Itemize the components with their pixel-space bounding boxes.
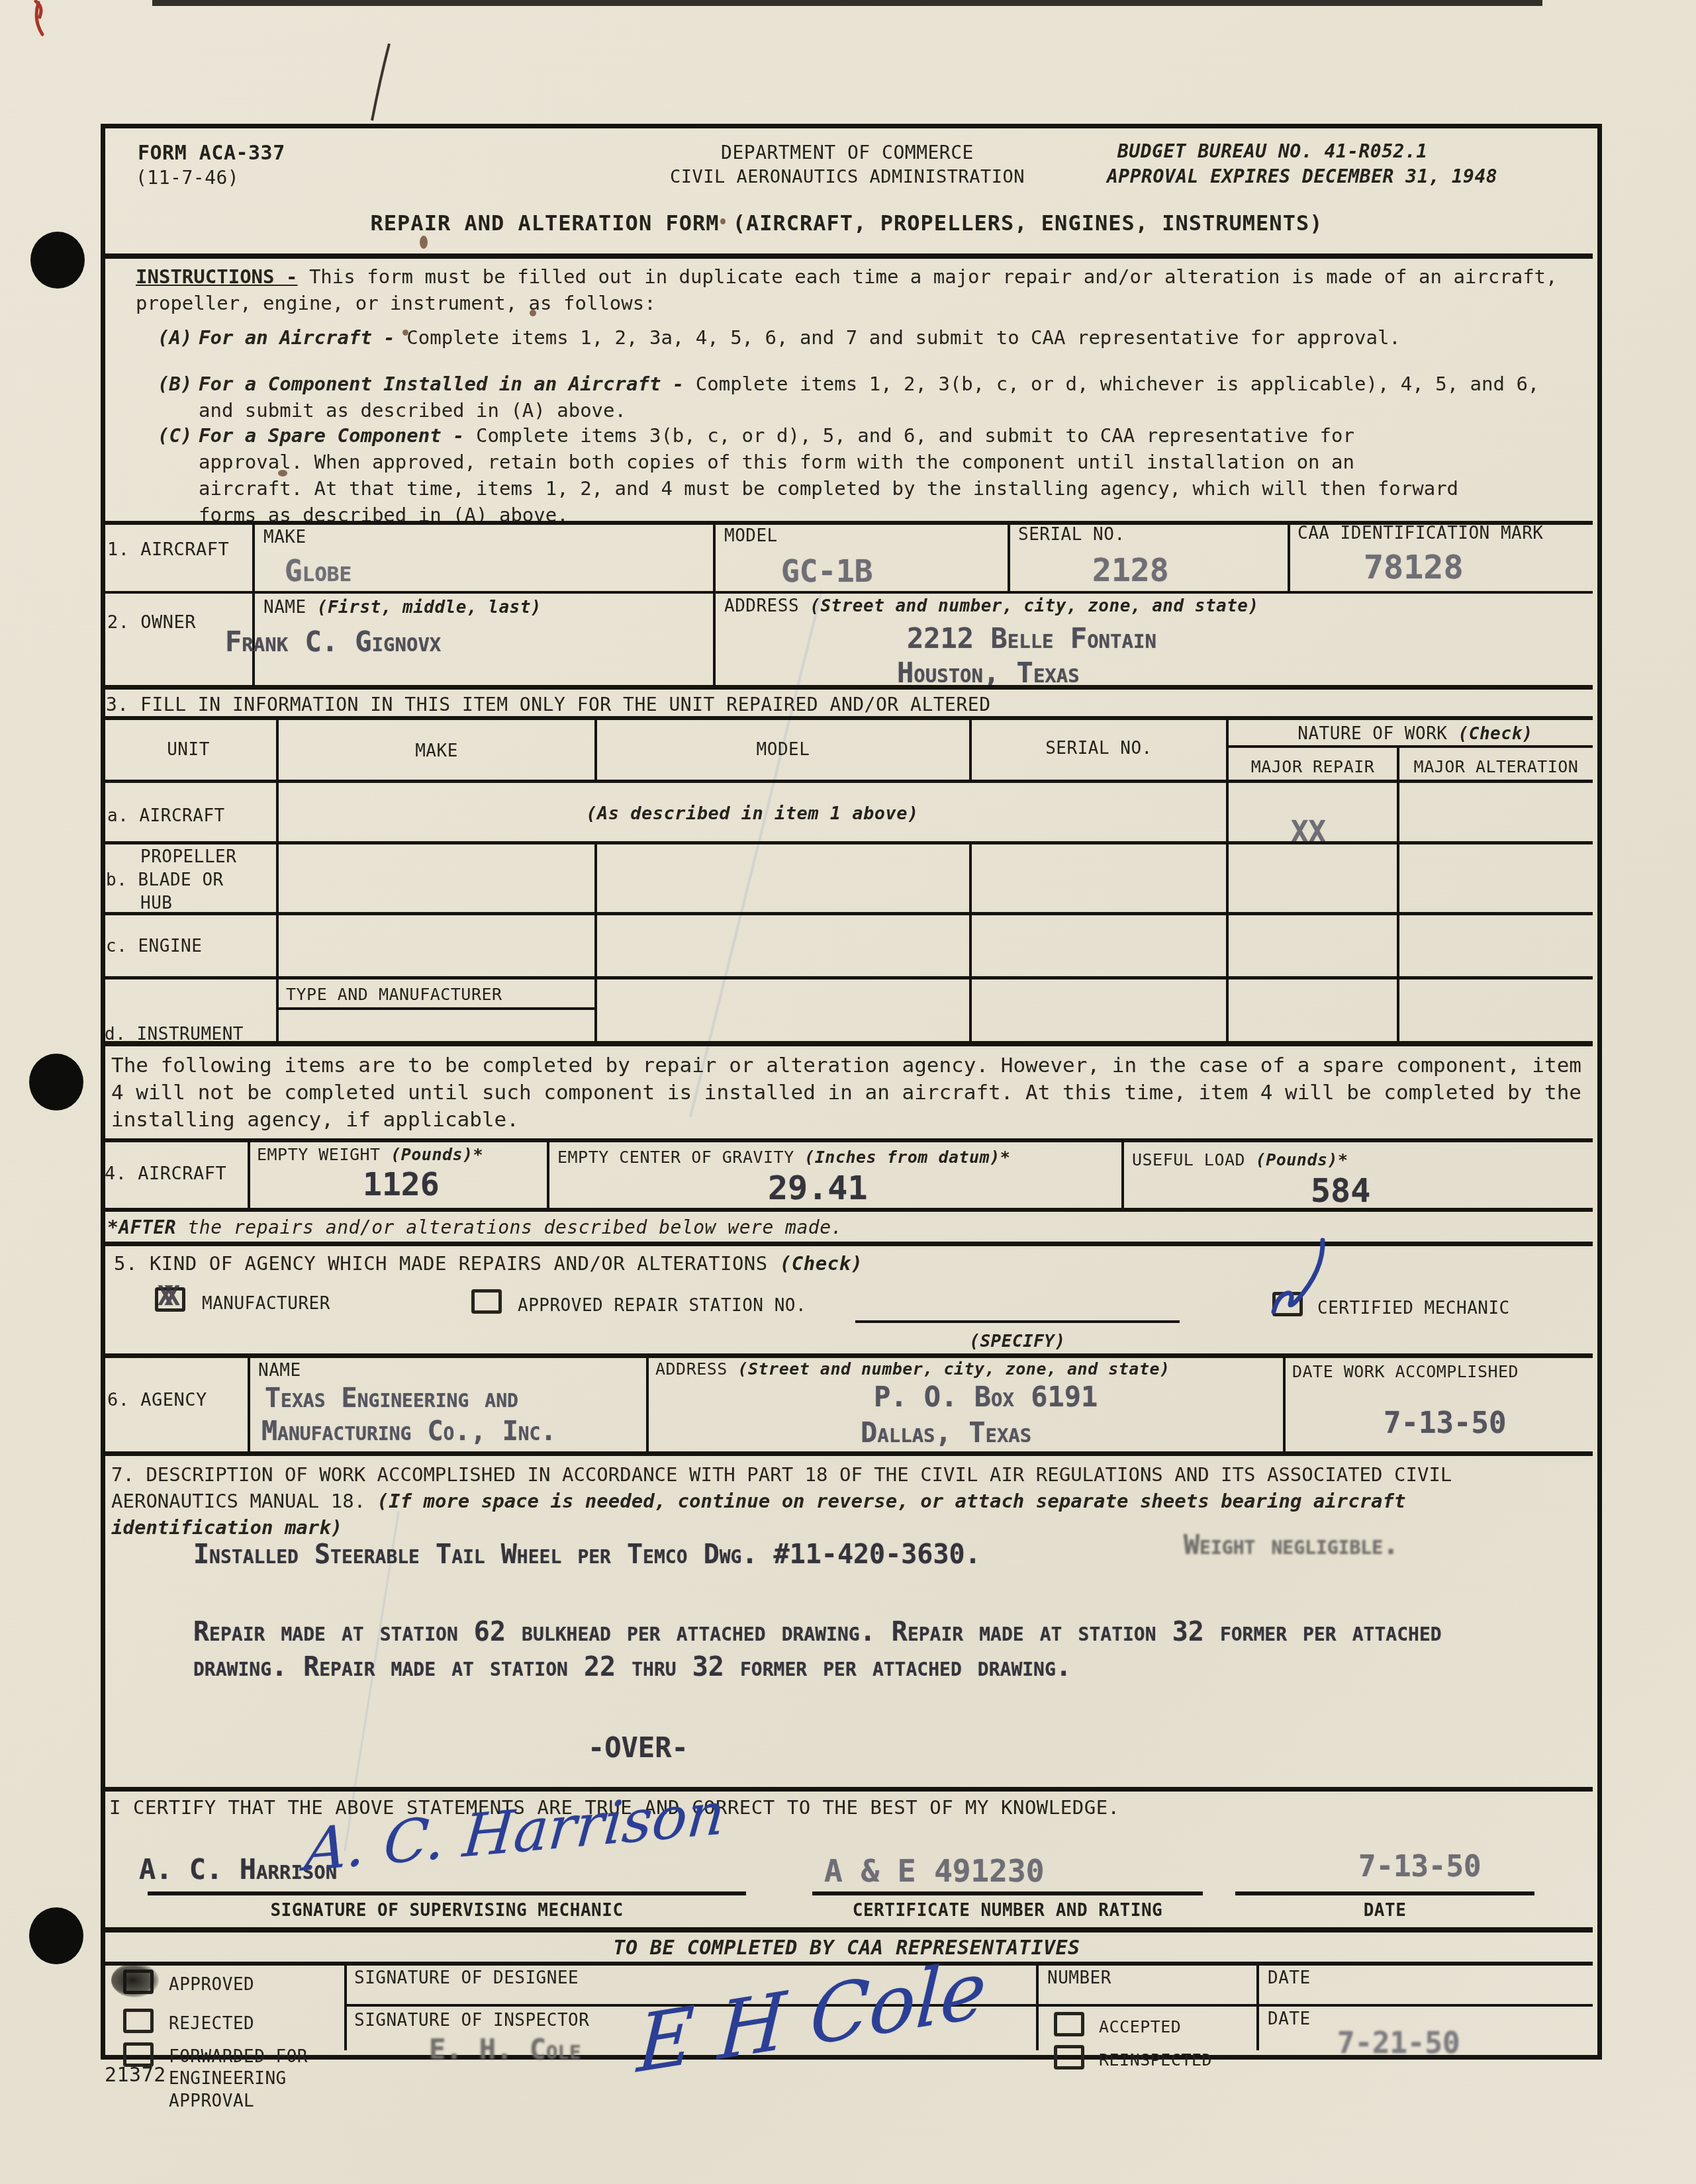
item4-row-label: 4. AIRCRAFT (105, 1163, 226, 1184)
serial-column-label: SERIAL NO. (1018, 525, 1125, 545)
item5-heading-text: 5. KIND OF AGENCY WHICH MADE REPAIRS AND… (114, 1252, 768, 1275)
rule-horizontal (101, 1242, 1593, 1246)
form-revision-date: (11-7-46) (136, 167, 239, 189)
rule-vertical (1288, 521, 1290, 591)
item7-heading: 7. DESCRIPTION OF WORK ACCOMPLISHED IN A… (111, 1461, 1508, 1541)
useful-load-label-text: USEFUL LOAD (1132, 1150, 1245, 1169)
empty-cg-value: 29.41 (768, 1169, 868, 1207)
certificate-number-label: CERTIFICATE NUMBER AND RATING (812, 1901, 1203, 1921)
agency-name-line1: Texas Engineering and (265, 1383, 518, 1414)
rule-horizontal (101, 912, 1593, 915)
rule-vertical (1283, 1353, 1286, 1451)
rule-vertical (713, 591, 716, 685)
instruction-item-a: (A) For an Aircraft - Complete items 1, … (158, 324, 1581, 351)
item4-preamble: The following items are to be completed … (111, 1052, 1584, 1134)
certify-date-value: 7-13-50 (1358, 1850, 1481, 1884)
useful-load-label: USEFUL LOAD (Pounds)* (1132, 1150, 1348, 1169)
item-a-title: For an Aircraft - (199, 326, 395, 349)
page-corner-serial: 21372 (105, 2064, 166, 2087)
reinspected-label: REINSPECTED (1099, 2050, 1212, 2070)
table-row-b-line3: HUB (140, 893, 172, 913)
instructions-lead-text: This form must be filled out in duplicat… (136, 265, 1558, 314)
rule-horizontal (101, 1208, 1593, 1212)
item2-row-label: 2. OWNER (107, 612, 196, 633)
budget-bureau-no: BUDGET BUREAU NO. 41-R052.1 (1117, 140, 1428, 162)
owner-name-value: Frank C. Gignovx (225, 625, 441, 658)
aircraft-serial-value: 2128 (1092, 552, 1169, 589)
rejected-label: REJECTED (169, 2014, 254, 2034)
owner-address-label-text: ADDRESS (724, 596, 799, 616)
nature-note: (Check) (1458, 724, 1533, 744)
rule-vertical (252, 521, 255, 685)
item-c-label: (C) (158, 422, 199, 528)
aircraft-model-value: GC-1B (781, 553, 872, 589)
table-col-model: MODEL (597, 740, 969, 760)
item1-row-label: 1. AIRCRAFT (107, 539, 229, 560)
item5-heading: 5. KIND OF AGENCY WHICH MADE REPAIRS AND… (114, 1252, 863, 1275)
item3-heading: 3. FILL IN INFORMATION IN THIS ITEM ONLY… (106, 694, 991, 715)
agency-address-line2: Dallas, Texas (861, 1416, 1031, 1449)
hole-punch (29, 1054, 83, 1111)
certificate-line (812, 1891, 1203, 1895)
rule-vertical (1008, 521, 1010, 591)
instruction-item-b: (B) For a Component Installed in an Airc… (158, 371, 1568, 424)
empty-cg-label-text: EMPTY CENTER OF GRAVITY (557, 1148, 794, 1167)
manufacturer-label: MANUFACTURER (202, 1294, 330, 1314)
rule-horizontal (101, 1353, 1593, 1358)
empty-cg-label: EMPTY CENTER OF GRAVITY (Inches from dat… (557, 1148, 1010, 1167)
rule-horizontal (101, 1138, 1593, 1142)
nature-label: NATURE OF WORK (1297, 724, 1447, 744)
scan-top-edge (152, 0, 1542, 6)
inspector-date-value: 7-21-50 (1337, 2026, 1460, 2060)
table-row-b-line2: b. BLADE OR (106, 870, 224, 890)
red-pen-mark (13, 0, 93, 60)
agency-name-line2: Manufacturing Co., Inc. (261, 1416, 557, 1447)
make-column-label: MAKE (263, 527, 306, 547)
rule-horizontal (101, 841, 1593, 844)
agency-address-note: (Street and number, city, zone, and stat… (737, 1359, 1170, 1379)
item6-row-label: 6. AGENCY (107, 1390, 207, 1410)
form-title: REPAIR AND ALTERATION FORM (AIRCRAFT, PR… (101, 210, 1593, 236)
repair-station-label: APPROVED REPAIR STATION NO. (518, 1296, 806, 1316)
caa-mark-column-label: CAA IDENTIFICATION MARK (1297, 523, 1544, 543)
over-note: -OVER- (588, 1731, 688, 1764)
instructions-lead: INSTRUCTIONS - This form must be filled … (136, 263, 1585, 316)
item-a-label: (A) (158, 324, 199, 351)
empty-weight-label-text: EMPTY WEIGHT (257, 1145, 381, 1164)
designee-signature-label: SIGNATURE OF DESIGNEE (354, 1968, 579, 1988)
rule-vertical (248, 1138, 250, 1208)
rule-horizontal (101, 685, 1593, 690)
owner-name-label: NAME (First, middle, last) (263, 598, 542, 617)
rule-horizontal (276, 1007, 597, 1010)
rejected-checkbox[interactable] (123, 2009, 154, 2033)
repair-station-checkbox[interactable] (471, 1289, 502, 1314)
caa-section-heading: TO BE COMPLETED BY CAA REPRESENTATIVES (101, 1936, 1593, 1960)
manufacturer-check-mark: XX (158, 1281, 171, 1312)
rule-horizontal (101, 591, 1593, 594)
empty-weight-note: (Pounds)* (391, 1145, 483, 1164)
instruction-item-c: (C) For a Spare Component - Complete ite… (158, 422, 1468, 528)
item-b-label: (B) (158, 371, 199, 424)
rule-horizontal (101, 1787, 1593, 1792)
rule-vertical (969, 841, 972, 1041)
date-accomplished-value: 7-13-50 (1384, 1406, 1506, 1440)
hole-punch (30, 232, 85, 289)
owner-address-line1: 2212 Belle Fontain (907, 622, 1156, 655)
agency-address-line1: P. O. Box 6191 (874, 1381, 1098, 1413)
forwarded-label: FORWARDED FOR ENGINEERING APPROVAL (169, 2046, 341, 2113)
rule-horizontal (101, 716, 1593, 720)
mechanic-signature-label: SIGNATURE OF SUPERVISING MECHANIC (148, 1901, 746, 1921)
rule-vertical (594, 841, 597, 1041)
owner-address-label-note: (Street and number, city, zone, and stat… (810, 596, 1258, 616)
certify-date-label: DATE (1235, 1901, 1534, 1921)
rule-horizontal (101, 976, 1593, 979)
inspector-signature-label: SIGNATURE OF INSPECTOR (354, 2011, 589, 2030)
agency-name-label: NAME (258, 1361, 301, 1381)
table-col-nature: NATURE OF WORK (Check) (1229, 724, 1602, 744)
rule-vertical (547, 1138, 549, 1208)
owner-name-label-note: (First, middle, last) (317, 598, 542, 617)
signature-line (148, 1891, 746, 1895)
table-col-serial: SERIAL NO. (972, 739, 1226, 758)
work-description-para2: Repair made at station 62 bulkhead per a… (193, 1615, 1444, 1685)
table-row-b-line1: PROPELLER (140, 847, 236, 867)
item-b-title: For a Component Installed in an Aircraft… (199, 373, 684, 395)
date-accomplished-label: DATE WORK ACCOMPLISHED (1292, 1362, 1519, 1381)
specify-label: (SPECIFY) (855, 1332, 1180, 1351)
designee-date-label: DATE (1268, 1968, 1311, 1988)
item5-heading-note: (Check) (780, 1252, 863, 1275)
table-row-c-label: c. ENGINE (106, 936, 202, 956)
rule-horizontal (101, 1927, 1593, 1933)
agency-address-label: ADDRESS (Street and number, city, zone, … (655, 1359, 1170, 1379)
approval-expiry: APPROVAL EXPIRES DECEMBER 31, 1948 (1107, 165, 1497, 187)
aircraft-make-value: Globe (285, 555, 352, 588)
owner-address-label: ADDRESS (Street and number, city, zone, … (724, 596, 1259, 616)
model-column-label: MODEL (724, 526, 778, 546)
table-col-make: MAKE (279, 741, 594, 761)
table-row-a-label: a. AIRCRAFT (107, 806, 225, 826)
scanned-form-page: { "colors":{"paper":"#e8e3d3","ink":"#15… (0, 0, 1696, 2184)
table-row-d-sub-label: TYPE AND MANUFACTURER (286, 985, 502, 1004)
useful-load-value: 584 (1311, 1171, 1370, 1210)
accepted-checkbox[interactable] (1054, 2012, 1084, 2036)
certificate-number-value: A & E 491230 (824, 1853, 1044, 1889)
rule-vertical (646, 1353, 649, 1451)
empty-cg-note: (Inches from datum)* (804, 1148, 1010, 1167)
agency-address-label-text: ADDRESS (655, 1359, 728, 1379)
approved-check-blot (111, 1963, 159, 1997)
rule-horizontal (101, 780, 1593, 783)
certified-mechanic-label: CERTIFIED MECHANIC (1317, 1298, 1510, 1318)
rule-horizontal (101, 1041, 1593, 1046)
rule-horizontal (101, 1451, 1593, 1456)
pen-scratch (357, 40, 410, 126)
useful-load-note: (Pounds)* (1256, 1150, 1348, 1169)
designee-number-label: NUMBER (1047, 1968, 1111, 1988)
form-number: FORM ACA-337 (138, 142, 285, 165)
hole-punch (29, 1907, 83, 1964)
item-c-title: For a Spare Component - (199, 424, 465, 447)
owner-name-label-text: NAME (263, 598, 306, 617)
reinspected-checkbox[interactable] (1054, 2045, 1084, 2070)
inspector-typed-name: E. H. Cole (429, 2033, 581, 2066)
rule-vertical (1397, 745, 1399, 1041)
repair-station-blank-line (855, 1320, 1180, 1323)
approved-label: APPROVED (169, 1975, 254, 1995)
instructions-label: INSTRUCTIONS - (136, 265, 297, 288)
footnote-text: the repairs and/or alterations described… (188, 1216, 843, 1238)
footnote-after: *AFTER (107, 1216, 176, 1238)
weight-negligible-stamp: Weight negligible. (1184, 1530, 1399, 1561)
accepted-label: ACCEPTED (1099, 2017, 1181, 2036)
inspector-date-label: DATE (1268, 2009, 1311, 2029)
item-a-text: Complete items 1, 2, 3a, 4, 5, 6, and 7 … (406, 326, 1401, 349)
date-line (1235, 1891, 1534, 1895)
caa-id-mark-value: 78128 (1364, 548, 1464, 586)
table-row-a-note: (As described in item 1 above) (279, 803, 1226, 824)
table-col-major-repair: MAJOR REPAIR (1229, 757, 1397, 776)
empty-weight-value: 1126 (363, 1166, 440, 1203)
work-description-line1: Installed Steerable Tail Wheel per Temco… (193, 1539, 981, 1570)
item4-footnote: *AFTER the repairs and/or alterations de… (107, 1216, 843, 1238)
rule-vertical (713, 521, 716, 591)
owner-address-line2: Houston, Texas (897, 657, 1080, 689)
table-col-major-alteration: MAJOR ALTERATION (1399, 757, 1593, 776)
rule-vertical (276, 716, 279, 1041)
empty-weight-label: EMPTY WEIGHT (Pounds)* (257, 1145, 483, 1164)
rule-vertical (1121, 1138, 1124, 1208)
department-name: DEPARTMENT OF COMMERCE (463, 142, 1231, 163)
rule-vertical (248, 1353, 250, 1451)
rule-horizontal (1226, 745, 1593, 748)
rule-horizontal (101, 253, 1593, 259)
table-col-unit: UNIT (101, 740, 276, 760)
